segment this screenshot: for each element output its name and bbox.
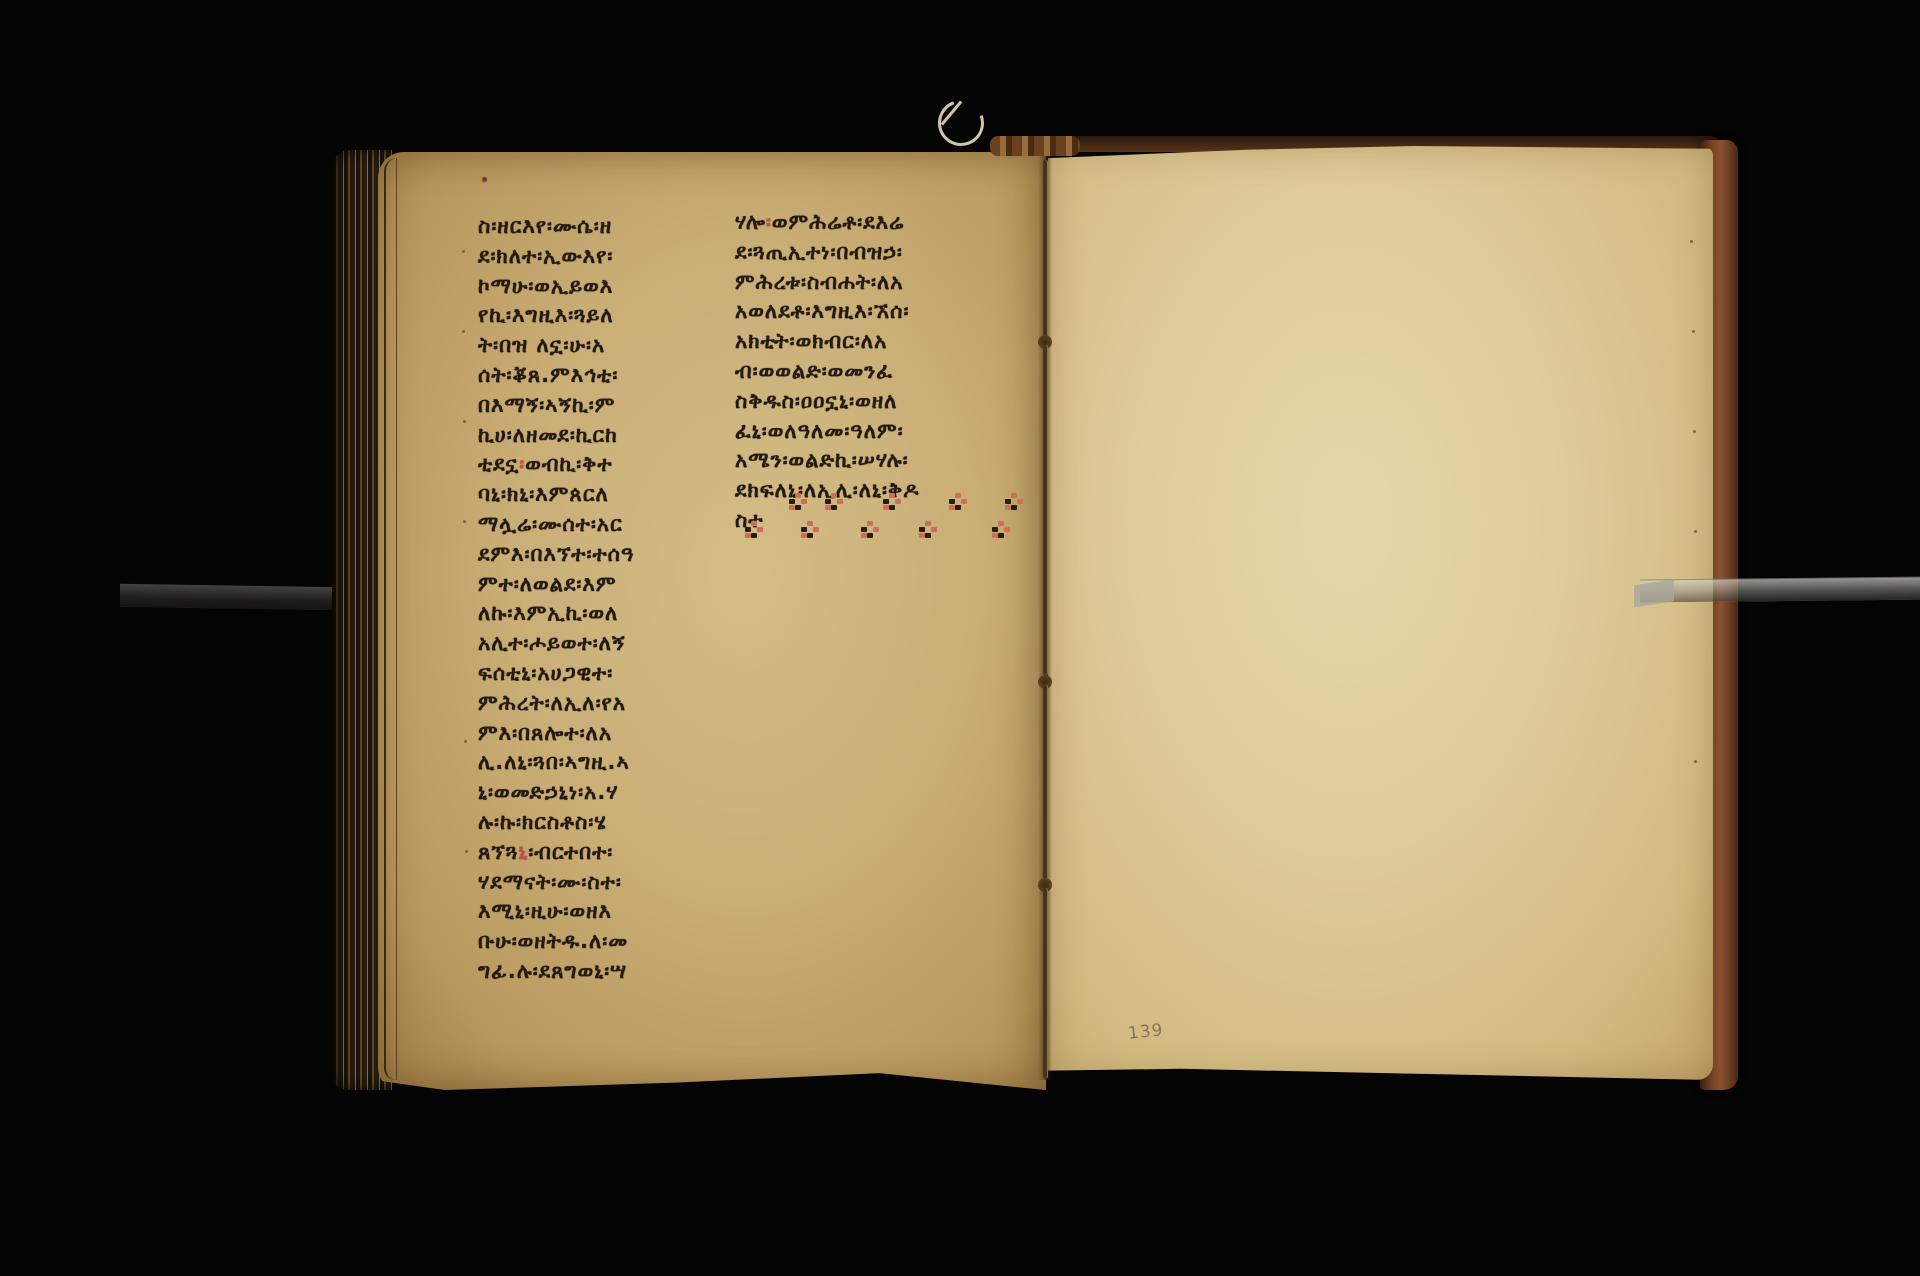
manuscript-line: የኪ፡እግዚእ፡ጓይለ bbox=[478, 301, 708, 331]
rubric-mark: ኒ bbox=[518, 840, 528, 864]
ornament bbox=[859, 521, 881, 539]
manuscript-line: አወለደቶ፡እግዚእ፡ኧሰ፡ bbox=[735, 297, 1010, 327]
manuscript-line: ፈኒ፡ወለዓለመ፡ዓለም፡ bbox=[735, 417, 1010, 447]
manuscript-line: ስቅዱስ፡ዐዐኗኒ፡ወዘለ bbox=[735, 387, 1010, 417]
acrylic-support-right bbox=[1640, 576, 1920, 602]
manuscript-line: ሊ.ለኒ፡ጓበ፡ኣግዚ.ኣ bbox=[478, 748, 708, 778]
pricking bbox=[462, 250, 465, 253]
manuscript-line: አሜን፡ወልድኪ፡ሠሃሉ፡ bbox=[735, 446, 1010, 476]
manuscript-line: ባኒ፡ክኒ፡እምጰርለ bbox=[478, 480, 708, 510]
right-page bbox=[1048, 146, 1713, 1080]
manuscript-line: ደምእ፡በእኘተ፡ተሰዓ bbox=[478, 540, 708, 570]
manuscript-line: ብ፡ወወልድ፡ወመንፈ bbox=[735, 357, 1010, 387]
rubric-mark: ፡ bbox=[766, 210, 772, 234]
page-edge-lines bbox=[384, 158, 397, 1080]
manuscript-line: ምእ፡በጸሎተ፡ለአ bbox=[478, 719, 708, 749]
sewing-thread bbox=[1043, 888, 1047, 1078]
sewing-thread bbox=[1043, 345, 1047, 675]
manuscript-line: ቡሁ፡ወዘትዱ.ለ፡መ bbox=[478, 927, 708, 957]
manuscript-line: ሉ፡ኩ፡ክርስቶስ፡ሄ bbox=[478, 808, 708, 838]
pricking bbox=[465, 850, 468, 853]
ornament bbox=[1003, 493, 1025, 511]
headband bbox=[990, 136, 1080, 156]
text-column-1: ስ፡ዘርእየ፡ሙሴ፡ዘደ፡ክለተ፡ኢውእየ፡ኮማሁ፡ወኢይወእየኪ፡እግዚእ፡ጓ… bbox=[478, 212, 708, 987]
manuscript-line: ፍሰቲኒ፡አሀጋዊተ፡ bbox=[478, 659, 708, 689]
pricking bbox=[1694, 760, 1697, 763]
pinhole bbox=[481, 176, 488, 183]
rubricated-ornaments bbox=[735, 485, 1015, 545]
sewing-thread bbox=[1043, 685, 1047, 880]
manuscript-line: ግፊ.ሉ፡ደጸግወኒ፡ሣ bbox=[478, 957, 708, 987]
manuscript-line: ኪሀ፡ለዘመደ፡ኪርከ bbox=[478, 421, 708, 451]
ornament bbox=[823, 493, 845, 511]
manuscript-line: ት፡በዝ ለኗ፡ሁ፡አ bbox=[478, 331, 708, 361]
manuscript-line: ምሕረት፡ለኢለ፡የአ bbox=[478, 689, 708, 719]
manuscript-line: ሃደማናት፡ሙ፡ስተ፡ bbox=[478, 868, 708, 898]
pricking bbox=[1692, 330, 1695, 333]
pricking bbox=[1693, 430, 1696, 433]
ornament bbox=[799, 521, 821, 539]
manuscript-line: በእማኝ፡ኣኝኪ፡ም bbox=[478, 391, 708, 421]
manuscript-line: ማሏሬ፡ሙሰተ፡አር bbox=[478, 510, 708, 540]
manuscript-line: ደ፡ጓጢኢተነ፡በብዝኃ፡ bbox=[735, 238, 1010, 268]
pricking bbox=[1690, 240, 1693, 243]
pricking bbox=[462, 330, 465, 333]
manuscript-line: ለኩ፡እምኢኪ፡ወለ bbox=[478, 599, 708, 629]
pricking bbox=[464, 740, 467, 743]
folio-number: 139 bbox=[1127, 1020, 1164, 1044]
manuscript-line: ሰት፡ቖጸ.ምእኅቲ፡ bbox=[478, 361, 708, 391]
manuscript-line: ምተ፡ለወልደ፡እም bbox=[478, 570, 708, 600]
ornament bbox=[947, 493, 969, 511]
manuscript-line: ጸኘጓኒ፡ብርተበተ፡ bbox=[478, 838, 708, 868]
manuscript-line: ኒ፡ወመድኃኒነ፡አ.ሃ bbox=[478, 778, 708, 808]
manuscript-line: አክቲት፡ወክብር፡ለአ bbox=[735, 327, 1010, 357]
open-book: ስ፡ዘርእየ፡ሙሴ፡ዘደ፡ክለተ፡ኢውእየ፡ኮማሁ፡ወኢይወእየኪ፡እግዚእ፡ጓ… bbox=[0, 0, 1920, 1276]
manuscript-line: እሚኒ፡ዚሁ፡ወዘእ bbox=[478, 897, 708, 927]
manuscript-line: ሃሎ፡ወምሕሬቶ፡ደእሬ bbox=[735, 208, 1010, 238]
manuscript-line: ስ፡ዘርእየ፡ሙሴ፡ዘ bbox=[478, 212, 708, 242]
ornament bbox=[917, 521, 939, 539]
sewing-thread bbox=[1043, 160, 1047, 340]
pricking bbox=[1694, 530, 1697, 533]
manuscript-line: ደ፡ክለተ፡ኢውእየ፡ bbox=[478, 242, 708, 272]
manuscript-line: ኮማሁ፡ወኢይወእ bbox=[478, 272, 708, 302]
manuscript-line: ምሕረቱ፡ስብሐት፡ለአ bbox=[735, 268, 1010, 298]
pricking bbox=[463, 520, 466, 523]
ornament bbox=[990, 521, 1012, 539]
rubric-mark: ፡ bbox=[519, 452, 525, 476]
ornament bbox=[881, 493, 903, 511]
manuscript-photo: ስ፡ዘርእየ፡ሙሴ፡ዘደ፡ክለተ፡ኢውእየ፡ኮማሁ፡ወኢይወእየኪ፡እግዚእ፡ጓ… bbox=[0, 0, 1920, 1276]
manuscript-line: ቲደኗ፡ወብኪ፡ቅተ bbox=[478, 450, 708, 480]
ornament bbox=[787, 493, 809, 511]
manuscript-line: አሊተ፡ሖይወተ፡ለኝ bbox=[478, 629, 708, 659]
ornament bbox=[743, 521, 765, 539]
pricking bbox=[463, 420, 466, 423]
